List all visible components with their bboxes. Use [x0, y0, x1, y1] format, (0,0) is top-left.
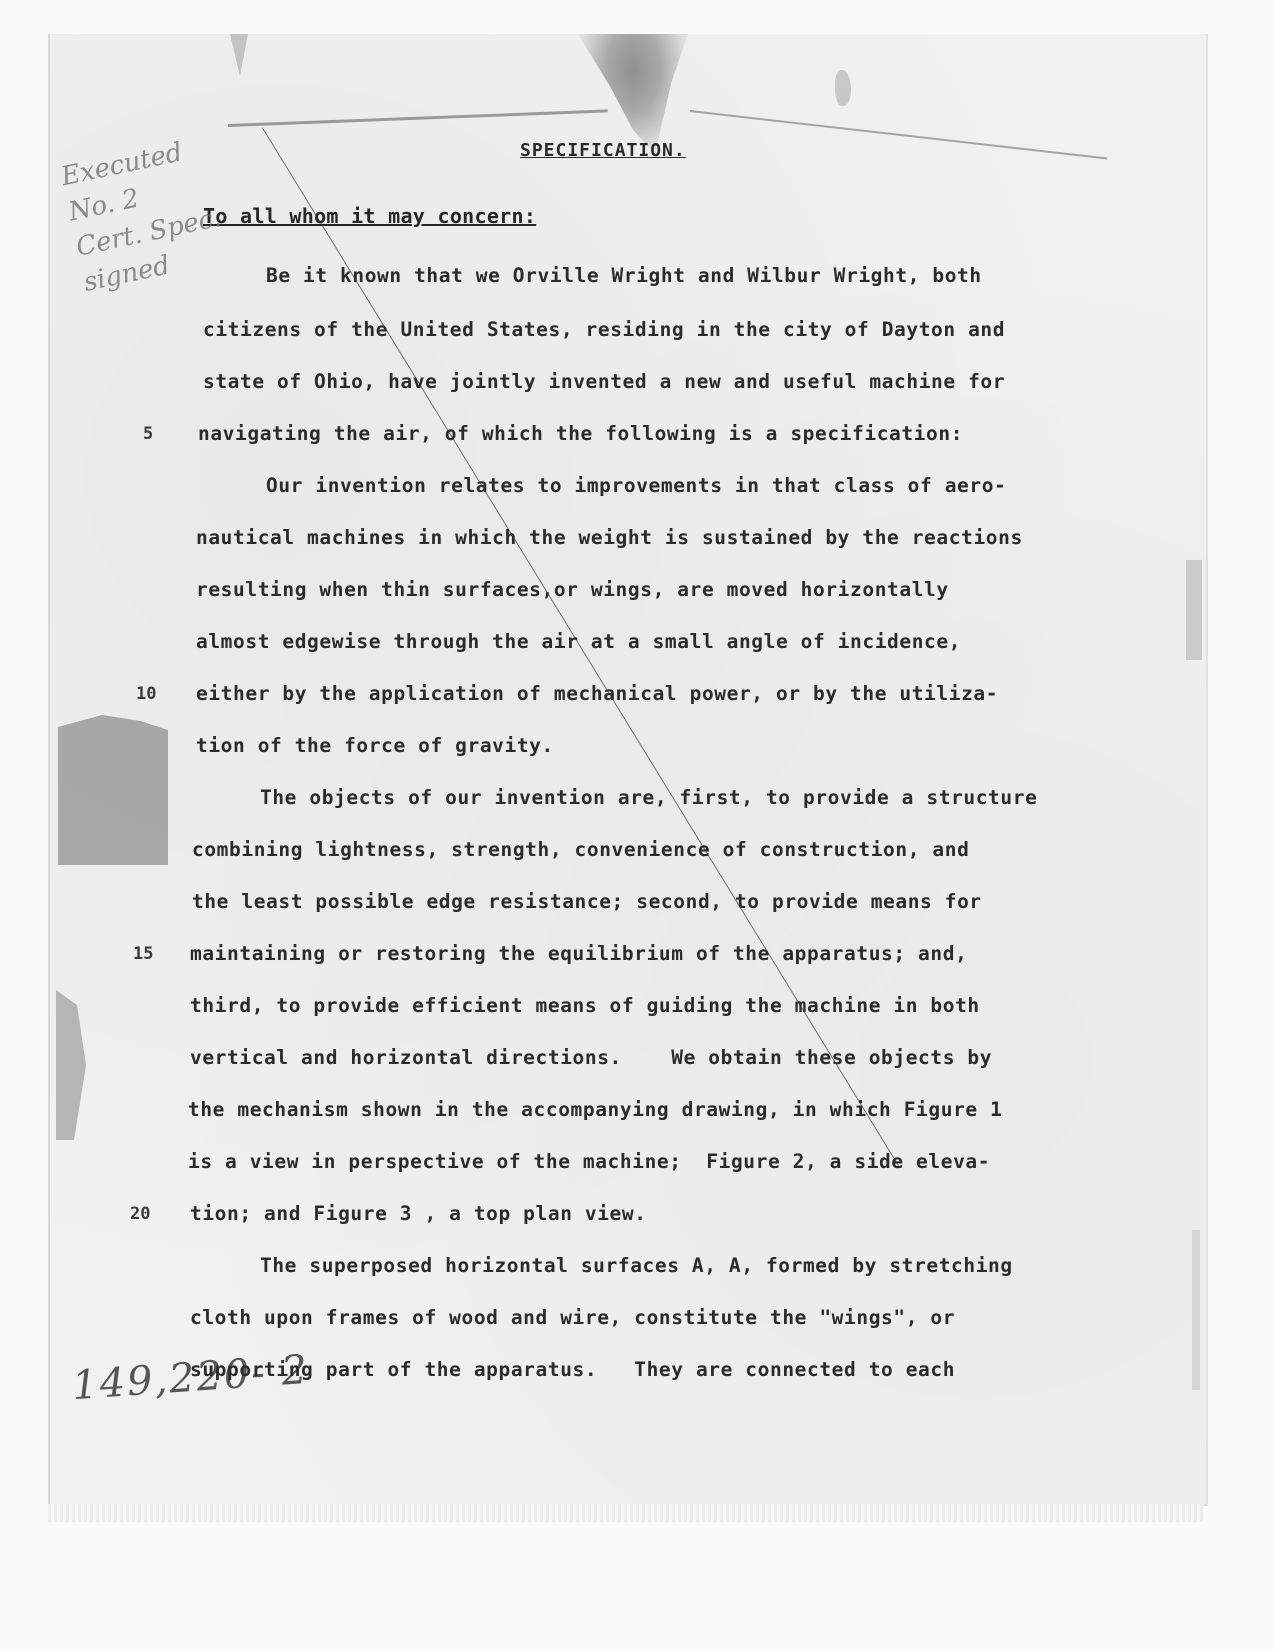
text-line: cloth upon frames of wood and wire, cons… [190, 1306, 955, 1329]
text-line: citizens of the United States, residing … [203, 318, 1005, 341]
line-number: 5 [143, 424, 153, 444]
line-number: 10 [136, 684, 156, 704]
text-line: the least possible edge resistance; seco… [192, 890, 982, 913]
edge-mark [1186, 560, 1202, 660]
text-line: third, to provide efficient means of gui… [190, 994, 980, 1017]
salutation: To all whom it may concern: [203, 204, 536, 228]
scan-noise-strip [48, 1504, 1204, 1522]
text-line: almost edgewise through the air at a sma… [196, 630, 961, 653]
text-line: resulting when thin surfaces,or wings, a… [196, 578, 949, 601]
text-line: Our invention relates to improvements in… [266, 474, 1006, 497]
text-line: tion; and Figure 3 , a top plan view. [190, 1202, 647, 1225]
edge-mark [1192, 1230, 1200, 1390]
text-line: maintaining or restoring the equilibrium… [190, 942, 967, 965]
text-line: state of Ohio, have jointly invented a n… [203, 370, 1005, 393]
line-number: 15 [133, 944, 153, 964]
stain-mark [58, 715, 168, 865]
text-line: navigating the air, of which the followi… [198, 422, 963, 445]
text-line: is a view in perspective of the machine;… [188, 1150, 990, 1173]
text-line: combining lightness, strength, convenien… [192, 838, 969, 861]
text-line: nautical machines in which the weight is… [196, 526, 1023, 549]
stain-mark [835, 70, 851, 106]
text-line: Be it known that we Orville Wright and W… [266, 264, 982, 287]
text-line: tion of the force of gravity. [196, 734, 554, 757]
text-line: The superposed horizontal surfaces A, A,… [260, 1254, 1013, 1277]
text-line: vertical and horizontal directions. We o… [190, 1046, 992, 1069]
text-line: The objects of our invention are, first,… [260, 786, 1037, 809]
text-line: either by the application of mechanical … [196, 682, 998, 705]
text-line: the mechanism shown in the accompanying … [188, 1098, 1002, 1121]
line-number: 20 [130, 1204, 150, 1224]
text-line: supporting part of the apparatus. They a… [190, 1358, 955, 1381]
document-title: SPECIFICATION. [520, 140, 686, 161]
margin-handwriting: Executed No. 2 Cert. Spec. signed [58, 129, 232, 300]
